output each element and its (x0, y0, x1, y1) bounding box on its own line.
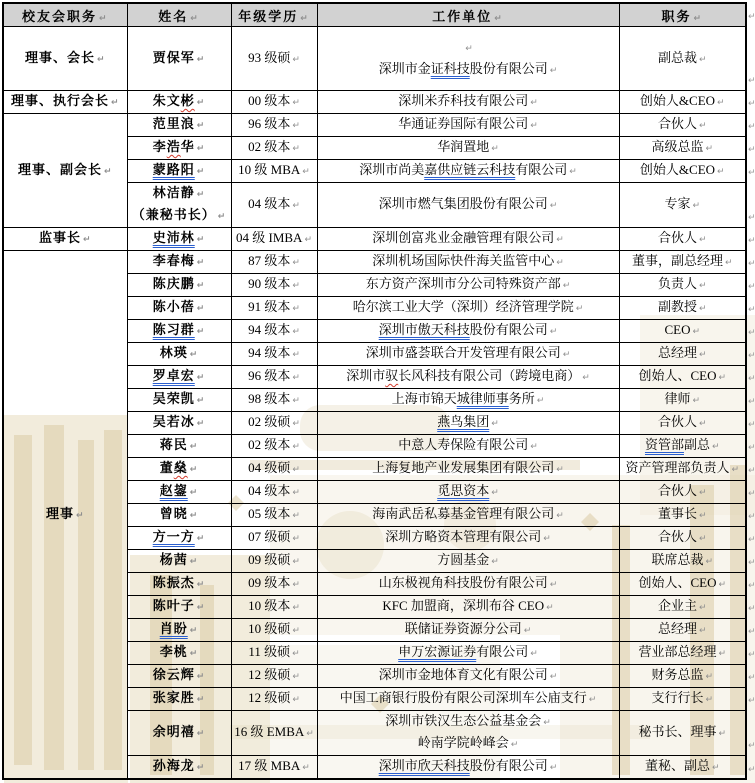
row-end-mark: ↵ (748, 351, 755, 361)
row-end-mark: ↵ (748, 466, 755, 476)
text-run: 有限公司 (515, 162, 567, 177)
name-cell: 蒙路阳↵ (127, 160, 231, 183)
text-run: 徐云辉 (153, 667, 195, 682)
column-header-name: 姓名↵ (127, 3, 231, 27)
text-run: 方一方 (153, 529, 195, 544)
pilcrow-mark: ↵ (292, 327, 300, 337)
pilcrow-mark: ↵ (530, 98, 538, 108)
text-run: 深圳市欣天科技 (379, 758, 470, 773)
name-cell: 陈小蓓↵ (127, 297, 231, 320)
text-run: 史沛林 (153, 230, 195, 245)
pilcrow-mark: ↵ (197, 672, 206, 682)
duty-cell: 合伙人↵ (619, 114, 746, 137)
pilcrow-mark: ↵ (197, 580, 206, 590)
row-end-mark: ↵ (748, 145, 755, 155)
row-end-mark: ↵ (748, 673, 755, 683)
text-run: 董 (160, 460, 174, 475)
pilcrow-mark: ↵ (218, 212, 227, 222)
text-run: 陈叶子 (153, 598, 195, 613)
name-cell: 陈叶子↵ (127, 596, 231, 619)
text-run: 吴若冰 (153, 414, 195, 429)
name-cell: 史沛林↵ (127, 228, 231, 251)
grade-text: 94 级本 (248, 345, 290, 360)
grade-cell: 94 级本↵ (231, 320, 317, 343)
workunit-cell: KFC 加盟商，深圳布谷 CEO↵ (317, 596, 619, 619)
text-run: 山东极视角科技股份有限公司 (379, 575, 548, 590)
table-row: 理事、副会长↵范里浪↵96 级本↵华通证券国际有限公司↵合伙人↵ (3, 114, 746, 137)
text-run: 蒋民 (160, 437, 188, 452)
pilcrow-mark: ↵ (197, 98, 206, 108)
text-run: 合伙人 (658, 230, 697, 245)
text-run: 证科技 (431, 61, 470, 76)
row-end-mark: ↵ (748, 122, 755, 132)
pilcrow-mark: ↵ (712, 442, 720, 452)
grade-text: 04 级硕 (248, 460, 290, 475)
name-cell: 余明禧↵ (127, 711, 231, 756)
pilcrow-mark: ↵ (543, 534, 551, 544)
grade-text: 96 级本 (248, 368, 290, 383)
pilcrow-mark: ↵ (550, 580, 558, 590)
text-run: 董事，副总经理 (632, 253, 723, 268)
position-cell: 理事、执行会长↵ (3, 91, 127, 114)
row-end-mark: ↵ (748, 305, 755, 315)
duty-cell: 负责人↵ (619, 274, 746, 297)
pilcrow-mark: ↵ (692, 201, 700, 211)
row-end-mark: ↵ (748, 604, 755, 614)
duty-cell: 律师↵ (619, 389, 746, 412)
pilcrow-mark: ↵ (731, 465, 739, 475)
duty-cell: 总经理↵ (619, 619, 746, 642)
row-end-mark: ↵ (748, 328, 755, 338)
workunit-cell: 深圳市燃气集团股份有限公司↵ (317, 183, 619, 228)
pilcrow-mark: ↵ (530, 442, 538, 452)
text-run: 李 (153, 139, 167, 154)
pilcrow-mark: ↵ (582, 373, 590, 383)
pilcrow-mark: ↵ (197, 763, 206, 773)
grade-cell: 94 级本↵ (231, 343, 317, 366)
text-run: 华通证券国际有限公司 (398, 116, 528, 131)
duty-cell: 合伙人↵ (619, 481, 746, 504)
workunit-cell: 东方资产深圳市分公司特殊资产部↵ (317, 274, 619, 297)
text-run: 燊 (174, 460, 188, 475)
pilcrow-mark: ↵ (292, 419, 300, 429)
duty-cell: 企业主↵ (619, 596, 746, 619)
column-header-label: 姓名 (158, 9, 188, 24)
pilcrow-mark: ↵ (197, 190, 206, 200)
duty-cell: 秘书长、理事↵ (619, 711, 746, 756)
text-run: 深圳市金 (379, 61, 431, 76)
workunit-cell: 燕鸟集团↵ (317, 412, 619, 435)
text-run: 陈庆鹏 (153, 276, 195, 291)
table-row: 理事、执行会长↵朱文彬↵00 级本↵深圳米乔科技有限公司↵创始人&CEO↵ (3, 91, 746, 114)
workunit-cell: 申万宏源证券有限公司↵ (317, 642, 619, 665)
pilcrow-mark: ↵ (550, 201, 558, 211)
grade-cell: 04 级本↵ (231, 183, 317, 228)
workunit-cell: 深圳机场国际快件海关监管中心↵ (317, 251, 619, 274)
text-run: 深圳方略资本管理有限公司 (385, 529, 541, 544)
row-end-mark: ↵ (748, 627, 755, 637)
text-run: 贾保军 (153, 50, 195, 65)
pilcrow-mark: ↵ (292, 396, 300, 406)
text-run: 专家 (664, 196, 690, 211)
pilcrow-mark: ↵ (190, 350, 199, 360)
text-run: 方圆基金 (437, 552, 489, 567)
pilcrow-mark: ↵ (576, 304, 584, 314)
workunit-cell: 深圳市尚美嘉供应链云科技有限公司↵ (317, 160, 619, 183)
name-cell: 吴荣凯↵ (127, 389, 231, 412)
grade-text: 07 级硕 (248, 529, 290, 544)
duty-cell: 董事长↵ (619, 504, 746, 527)
text-run: 觅思资本 (437, 483, 489, 498)
pilcrow-mark: ↵ (530, 649, 538, 659)
name-cell: 陈振杰↵ (127, 573, 231, 596)
name-cell: 方一方↵ (127, 527, 231, 550)
text-run: 陈小蓓 (153, 299, 195, 314)
row-end-mark: ↵ (748, 213, 755, 223)
grade-text: 94 级本 (248, 322, 290, 337)
duty-cell: 创始人&CEO↵ (619, 91, 746, 114)
pilcrow-mark: ↵ (292, 258, 300, 268)
text-run: 资管部 (645, 437, 684, 452)
text-run: 陈习群 (153, 322, 195, 337)
name-cell: 范里浪↵ (127, 114, 231, 137)
pilcrow-mark: ↵ (524, 626, 532, 636)
pilcrow-mark: ↵ (83, 235, 92, 245)
pilcrow-mark: ↵ (550, 763, 558, 773)
pilcrow-mark: ↵ (699, 511, 707, 521)
column-header-workunit: 工作单位↵ (317, 3, 619, 27)
text-run: 董事长 (658, 506, 697, 521)
text-run: 燕鸟集团 (437, 414, 489, 429)
pilcrow-mark: ↵ (190, 511, 199, 521)
grade-cell: 11 级硕↵ (231, 642, 317, 665)
name-cell: 董燊↵ (127, 458, 231, 481)
grade-text: 17 级 MBA (238, 758, 300, 773)
workunit-cell: ↵深圳市金证科技股份有限公司↵ (317, 27, 619, 91)
text-run: 浩 (167, 139, 181, 154)
name-cell: 陈习群↵ (127, 320, 231, 343)
pilcrow-mark: ↵ (197, 304, 206, 314)
name-cell: 孙海龙↵ (127, 756, 231, 780)
name-cell: 杨茜↵ (127, 550, 231, 573)
pilcrow-mark: ↵ (537, 396, 545, 406)
column-header-grade: 年级学历↵ (231, 3, 317, 27)
document-page: 校友会职务↵ 姓名↵ 年级学历↵ 工作单位↵ 职务↵ 理事、会长↵贾保军↵93 … (0, 0, 755, 783)
text-run: 创始人、CEO (638, 368, 716, 383)
grade-text: 02 级本 (248, 437, 290, 452)
name-cell: 曾晓↵ (127, 504, 231, 527)
row-end-mark: ↵ (748, 741, 755, 751)
grade-cell: 10 级硕↵ (231, 619, 317, 642)
duty-cell: CEO↵ (619, 320, 746, 343)
duty-cell: 总经理↵ (619, 343, 746, 366)
duty-cell: 创始人&CEO↵ (619, 160, 746, 183)
text-run: 股份有限公司 (470, 758, 548, 773)
text-run: 城律师事 (457, 391, 509, 406)
grade-text: 04 级 IMBA (236, 230, 302, 245)
workunit-cell: 上海复地产业发展集团有限公司↵ (317, 458, 619, 481)
pilcrow-mark: ↵ (292, 98, 300, 108)
name-cell: 张家胜↵ (127, 688, 231, 711)
grade-text: 04 级本 (248, 196, 290, 211)
pilcrow-mark: ↵ (699, 488, 707, 498)
text-run: 副总 (684, 437, 710, 452)
pilcrow-mark: ↵ (543, 718, 551, 728)
text-run: 林洁静 (153, 185, 195, 200)
pilcrow-mark: ↵ (190, 626, 199, 636)
grade-cell: 04 级本↵ (231, 481, 317, 504)
pilcrow-mark: ↵ (292, 350, 300, 360)
pilcrow-mark: ↵ (197, 534, 206, 544)
workunit-cell: 觅思资本↵ (317, 481, 619, 504)
pilcrow-mark: ↵ (292, 55, 300, 65)
pilcrow-mark: ↵ (699, 121, 707, 131)
pilcrow-mark: ↵ (292, 695, 300, 705)
pilcrow-mark: ↵ (190, 649, 199, 659)
text-run: 深圳创富兆业金融管理有限公司 (372, 230, 554, 245)
text-run: 上海复地产业发展集团有限公司 (372, 460, 554, 475)
grade-text: 16 级 EMBA (234, 724, 304, 739)
text-run: 创始人&CEO (640, 93, 715, 108)
grade-cell: 07 级硕↵ (231, 527, 317, 550)
pilcrow-mark: ↵ (692, 327, 700, 337)
pilcrow-mark: ↵ (306, 729, 314, 739)
table-row: 监事长↵史沛林↵04 级 IMBA↵深圳创富兆业金融管理有限公司↵合伙人↵ (3, 228, 746, 251)
duty-cell: 创始人、CEO↵ (619, 573, 746, 596)
pilcrow-mark: ↵ (699, 55, 707, 65)
grade-cell: 10 级本↵ (231, 596, 317, 619)
pilcrow-mark: ↵ (304, 235, 312, 245)
alumni-table: 校友会职务↵ 姓名↵ 年级学历↵ 工作单位↵ 职务↵ 理事、会长↵贾保军↵93 … (2, 2, 747, 780)
row-end-mark: ↵ (748, 696, 755, 706)
pilcrow-mark: ↵ (292, 626, 300, 636)
pilcrow-mark: ↵ (197, 419, 206, 429)
pilcrow-mark: ↵ (589, 695, 597, 705)
duty-cell: 董秘、副总↵ (619, 756, 746, 780)
grade-cell: 98 级本↵ (231, 389, 317, 412)
pilcrow-mark: ↵ (699, 419, 707, 429)
row-end-mark: ↵ (748, 581, 755, 591)
pilcrow-mark: ↵ (197, 144, 206, 154)
position-label: 理事、执行会长 (11, 93, 109, 108)
text-run: 中国工商银行股份有限公司深圳车公庙支行 (340, 690, 587, 705)
text-run: 股份有限公司 (470, 322, 548, 337)
workunit-cell: 方圆基金↵ (317, 550, 619, 573)
workunit-cell: 深圳米乔科技有限公司↵ (317, 91, 619, 114)
row-end-mark: ↵ (748, 374, 755, 384)
text-run: 合伙人 (658, 414, 697, 429)
grade-text: 12 级硕 (248, 667, 290, 682)
pilcrow-mark: ↵ (197, 729, 206, 739)
pilcrow-mark: ↵ (465, 44, 473, 54)
pilcrow-mark: ↵ (292, 465, 300, 475)
grade-cell: 04 级 IMBA↵ (231, 228, 317, 251)
pilcrow-mark: ↵ (197, 235, 206, 245)
text-run: 股份有限公司 (470, 61, 548, 76)
pilcrow-mark: ↵ (705, 695, 713, 705)
pilcrow-mark: ↵ (718, 373, 726, 383)
duty-cell: 支行行长↵ (619, 688, 746, 711)
text-run: 联储证券资源分公司 (405, 621, 522, 636)
text-run: 高级总监 (651, 139, 703, 154)
text-run: 合伙人 (658, 483, 697, 498)
name-cell: 蒋民↵ (127, 435, 231, 458)
pilcrow-mark: ↵ (693, 14, 703, 24)
pilcrow-mark: ↵ (302, 167, 310, 177)
grade-text: 02 级硕 (248, 414, 290, 429)
duty-cell: 合伙人↵ (619, 228, 746, 251)
position-cell: 理事、副会长↵ (3, 114, 127, 228)
duty-cell: 副教授↵ (619, 297, 746, 320)
text-run: 朱文 (153, 93, 181, 108)
text-run: 杨茜 (160, 552, 188, 567)
text-run: 财务总监 (651, 667, 703, 682)
pilcrow-mark: ↵ (111, 98, 120, 108)
grade-cell: 12 级硕↵ (231, 665, 317, 688)
pilcrow-mark: ↵ (190, 442, 199, 452)
name-cell: 罗卓宏↵ (127, 366, 231, 389)
text-run: 林瑛 (160, 345, 188, 360)
grade-text: 09 级本 (248, 575, 290, 590)
position-cell: 理事↵ (3, 251, 127, 780)
text-run: 总经理 (658, 345, 697, 360)
grade-cell: 87 级本↵ (231, 251, 317, 274)
text-run: 深圳米乔科技有限公司 (398, 93, 528, 108)
grade-text: 91 级本 (248, 299, 290, 314)
text-run: 副教授 (658, 299, 697, 314)
duty-cell: 专家↵ (619, 183, 746, 228)
text-run: 中意人寿保险有限公司 (398, 437, 528, 452)
pilcrow-mark: ↵ (197, 373, 206, 383)
column-header-duty: 职务↵ (619, 3, 746, 27)
workunit-cell: 上海市锦天城律师事务所↵ (317, 389, 619, 412)
row-end-mark: ↵ (748, 420, 755, 430)
pilcrow-mark: ↵ (292, 201, 300, 211)
pilcrow-mark: ↵ (292, 304, 300, 314)
text-run: 深圳机场国际快件海关监管中心 (372, 253, 554, 268)
pilcrow-mark: ↵ (530, 121, 538, 131)
pilcrow-mark: ↵ (292, 121, 300, 131)
grade-cell: 91 级本↵ (231, 297, 317, 320)
text-run: 曾晓 (160, 506, 188, 521)
workunit-cell: 中国工商银行股份有限公司深圳车公庙支行↵ (317, 688, 619, 711)
row-end-mark: ↵ (748, 489, 755, 499)
text-run: 罗卓宏 (153, 368, 195, 383)
grade-cell: 10 级 MBA↵ (231, 160, 317, 183)
pilcrow-mark: ↵ (712, 763, 720, 773)
workunit-cell: 深圳市盛荟联合开发管理有限公司↵ (317, 343, 619, 366)
duty-cell: 创始人、CEO↵ (619, 366, 746, 389)
row-end-mark: ↵ (748, 765, 755, 775)
duty-cell: 高级总监↵ (619, 137, 746, 160)
pilcrow-mark: ↵ (197, 258, 206, 268)
pilcrow-mark: ↵ (292, 534, 300, 544)
text-run: 吴荣凯 (153, 391, 195, 406)
pilcrow-mark: ↵ (718, 580, 726, 590)
pilcrow-mark: ↵ (705, 557, 713, 567)
pilcrow-mark: ↵ (197, 167, 206, 177)
grade-cell: 17 级 MBA↵ (231, 756, 317, 780)
text-run: 联席总裁 (651, 552, 703, 567)
pilcrow-mark: ↵ (550, 672, 558, 682)
text-run: KFC 加盟商，深圳布谷 CEO (382, 598, 544, 613)
workunit-cell: 海南武岳私募基金管理有限公司↵ (317, 504, 619, 527)
row-end-mark: ↵ (748, 535, 755, 545)
workunit-cell: 华润置地↵ (317, 137, 619, 160)
pilcrow-mark: ↵ (292, 442, 300, 452)
workunit-cell: 深圳市傲天科技股份有限公司↵ (317, 320, 619, 343)
pilcrow-mark: ↵ (699, 235, 707, 245)
name-cell: 陈庆鹏↵ (127, 274, 231, 297)
text-run: 深圳市金地体育文化有限公司 (379, 667, 548, 682)
grade-cell: 96 级本↵ (231, 366, 317, 389)
name-cell: 李浩华↵ (127, 137, 231, 160)
pilcrow-mark: ↵ (550, 66, 558, 76)
pilcrow-mark: ↵ (511, 740, 519, 750)
table-row: 理事↵李春梅↵87 级本↵深圳机场国际快件海关监管中心↵董事，副总经理↵ (3, 251, 746, 274)
grade-cell: 16 级 EMBA↵ (231, 711, 317, 756)
position-cell: 理事、会长↵ (3, 27, 127, 91)
pilcrow-mark: ↵ (76, 511, 85, 521)
pilcrow-mark: ↵ (197, 121, 206, 131)
pilcrow-mark: ↵ (569, 167, 577, 177)
text-run: 李桃 (160, 644, 188, 659)
text-run: 深圳市盛荟联合开发管理有限公司 (366, 345, 561, 360)
position-label: 理事、副会长 (18, 162, 102, 177)
text-run: 创始人、CEO (638, 575, 716, 590)
grade-text: 93 级硕 (248, 50, 290, 65)
grade-cell: 90 级本↵ (231, 274, 317, 297)
pilcrow-mark: ↵ (292, 373, 300, 383)
pilcrow-mark: ↵ (292, 649, 300, 659)
text-run: 张家胜 (153, 690, 195, 705)
grade-text: 02 级本 (248, 139, 290, 154)
text-run: 深圳市 (346, 368, 385, 383)
row-end-mark: ↵ (748, 282, 755, 292)
grade-text: 09 级硕 (248, 552, 290, 567)
text-run: 赵鋆 (160, 483, 188, 498)
pilcrow-mark: ↵ (491, 419, 499, 429)
column-header-label: 职务 (661, 9, 691, 24)
grade-cell: 02 级本↵ (231, 435, 317, 458)
text-run: 余明禧 (153, 724, 195, 739)
text-run: 海南武岳私募基金管理有限公司 (372, 506, 554, 521)
pilcrow-mark: ↵ (292, 488, 300, 498)
grade-text: 90 级本 (248, 276, 290, 291)
pilcrow-mark: ↵ (717, 167, 725, 177)
grade-cell: 93 级硕↵ (231, 27, 317, 91)
pilcrow-mark: ↵ (292, 557, 300, 567)
table-body: 理事、会长↵贾保军↵93 级硕↵↵深圳市金证科技股份有限公司↵副总裁↵理事、执行… (3, 27, 746, 780)
duty-cell: 副总裁↵ (619, 27, 746, 91)
grade-cell: 00 级本↵ (231, 91, 317, 114)
position-label: 理事 (46, 506, 74, 521)
pilcrow-mark: ↵ (699, 603, 707, 613)
pilcrow-mark: ↵ (97, 55, 106, 65)
row-end-mark: ↵ (748, 76, 755, 86)
pilcrow-mark: ↵ (197, 55, 206, 65)
pilcrow-mark: ↵ (556, 258, 564, 268)
grade-text: 00 级本 (248, 93, 290, 108)
pilcrow-mark: ↵ (699, 304, 707, 314)
column-header-label: 年级学历 (238, 9, 298, 24)
text-run: 创始人&CEO (640, 162, 715, 177)
name-cell: 肖盼↵ (127, 619, 231, 642)
pilcrow-mark: ↵ (699, 350, 707, 360)
pilcrow-mark: ↵ (699, 626, 707, 636)
row-end-mark: ↵ (748, 397, 755, 407)
text-run: 深圳市燃气集团股份有限公司 (379, 196, 548, 211)
